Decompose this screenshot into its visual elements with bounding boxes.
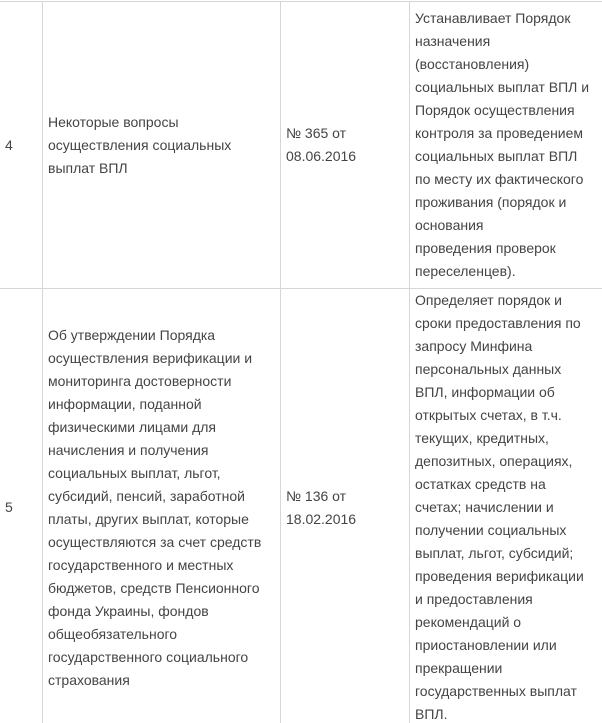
text-line: выплат, льгот, субсидий; (415, 542, 598, 565)
document-title: Об утверждении Порядкаосуществления вери… (43, 289, 281, 723)
text-line: Об утверждении Порядка (48, 324, 276, 347)
document-number-date: № 365 от08.06.2016 (281, 2, 410, 289)
text-line: запросу Минфина (415, 335, 598, 358)
text-line: осуществления верификации и (48, 347, 276, 370)
row-number: 4 (0, 2, 43, 289)
text-line: персональных данных (415, 358, 598, 381)
document-number-date: № 136 от18.02.2016 (281, 289, 410, 723)
text-line: начисления и получения (48, 439, 276, 462)
text-line: Устанавливает Порядок (415, 7, 598, 30)
text-line: получении социальных (415, 519, 598, 542)
text-line: общеобязательного (48, 623, 276, 646)
document-title: Некоторые вопросыосуществления социальны… (43, 2, 281, 289)
text-line: субсидий, пенсий, заработной (48, 485, 276, 508)
text-line: сроки предоставления по (415, 312, 598, 335)
text-line: бюджетов, средств Пенсионного (48, 577, 276, 600)
text-line: физическими лицами для (48, 416, 276, 439)
text-line: социальных выплат, льгот, (48, 462, 276, 485)
text-line: открытых счетах, в т.ч. (415, 404, 598, 427)
row-number: 5 (0, 289, 43, 723)
text-line: информации, поданной (48, 393, 276, 416)
text-line: проведения проверок (415, 237, 598, 260)
table-row: 4 Некоторые вопросыосуществления социаль… (0, 2, 602, 289)
text-line: осуществления социальных (48, 134, 276, 157)
text-line: прекращении (415, 657, 598, 680)
text-line: текущих, кредитных, (415, 427, 598, 450)
text-line: 08.06.2016 (286, 145, 405, 168)
text-line: страхования (48, 669, 276, 692)
document-description: Устанавливает Порядокназначения(восстано… (410, 2, 602, 289)
text-line: Некоторые вопросы (48, 111, 276, 134)
text-line: депозитных, операциях, (415, 450, 598, 473)
text-line: остатках средств на (415, 473, 598, 496)
text-line: счетах; начислении и (415, 496, 598, 519)
text-line: № 136 от (286, 485, 405, 508)
text-line: переселенцев). (415, 260, 598, 283)
text-line: фонда Украины, фондов (48, 600, 276, 623)
text-line: № 365 от (286, 122, 405, 145)
text-line: социальных выплат ВПЛ и (415, 76, 598, 99)
text-line: контроля за проведением (415, 122, 598, 145)
text-line: (восстановления) (415, 53, 598, 76)
text-line: выплат ВПЛ (48, 157, 276, 180)
text-line: назначения (415, 30, 598, 53)
document-description: Определяет порядок исроки предоставления… (410, 289, 602, 723)
text-line: государственного и местных (48, 554, 276, 577)
text-line: Порядок осуществления (415, 99, 598, 122)
text-line: Определяет порядок и (415, 289, 598, 312)
text-line: платы, других выплат, которые (48, 508, 276, 531)
text-line: 18.02.2016 (286, 508, 405, 531)
text-line: мониторинга достоверности (48, 370, 276, 393)
text-line: осуществляются за счет средств (48, 531, 276, 554)
text-line: государственного социального (48, 646, 276, 669)
text-line: основания (415, 214, 598, 237)
text-line: социальных выплат ВПЛ (415, 145, 598, 168)
text-line: государственных выплат (415, 680, 598, 703)
text-line: приостановлении или (415, 634, 598, 657)
text-line: проведения верификации (415, 565, 598, 588)
text-line: рекомендаций о (415, 611, 598, 634)
text-line: проживания (порядок и (415, 191, 598, 214)
regulations-table: 4 Некоторые вопросыосуществления социаль… (0, 1, 602, 723)
table-row: 5 Об утверждении Порядкаосуществления ве… (0, 289, 602, 723)
text-line: по месту их фактического (415, 168, 598, 191)
text-line: и предоставления (415, 588, 598, 611)
text-line: ВПЛ. (415, 703, 598, 723)
text-line: ВПЛ, информации об (415, 381, 598, 404)
